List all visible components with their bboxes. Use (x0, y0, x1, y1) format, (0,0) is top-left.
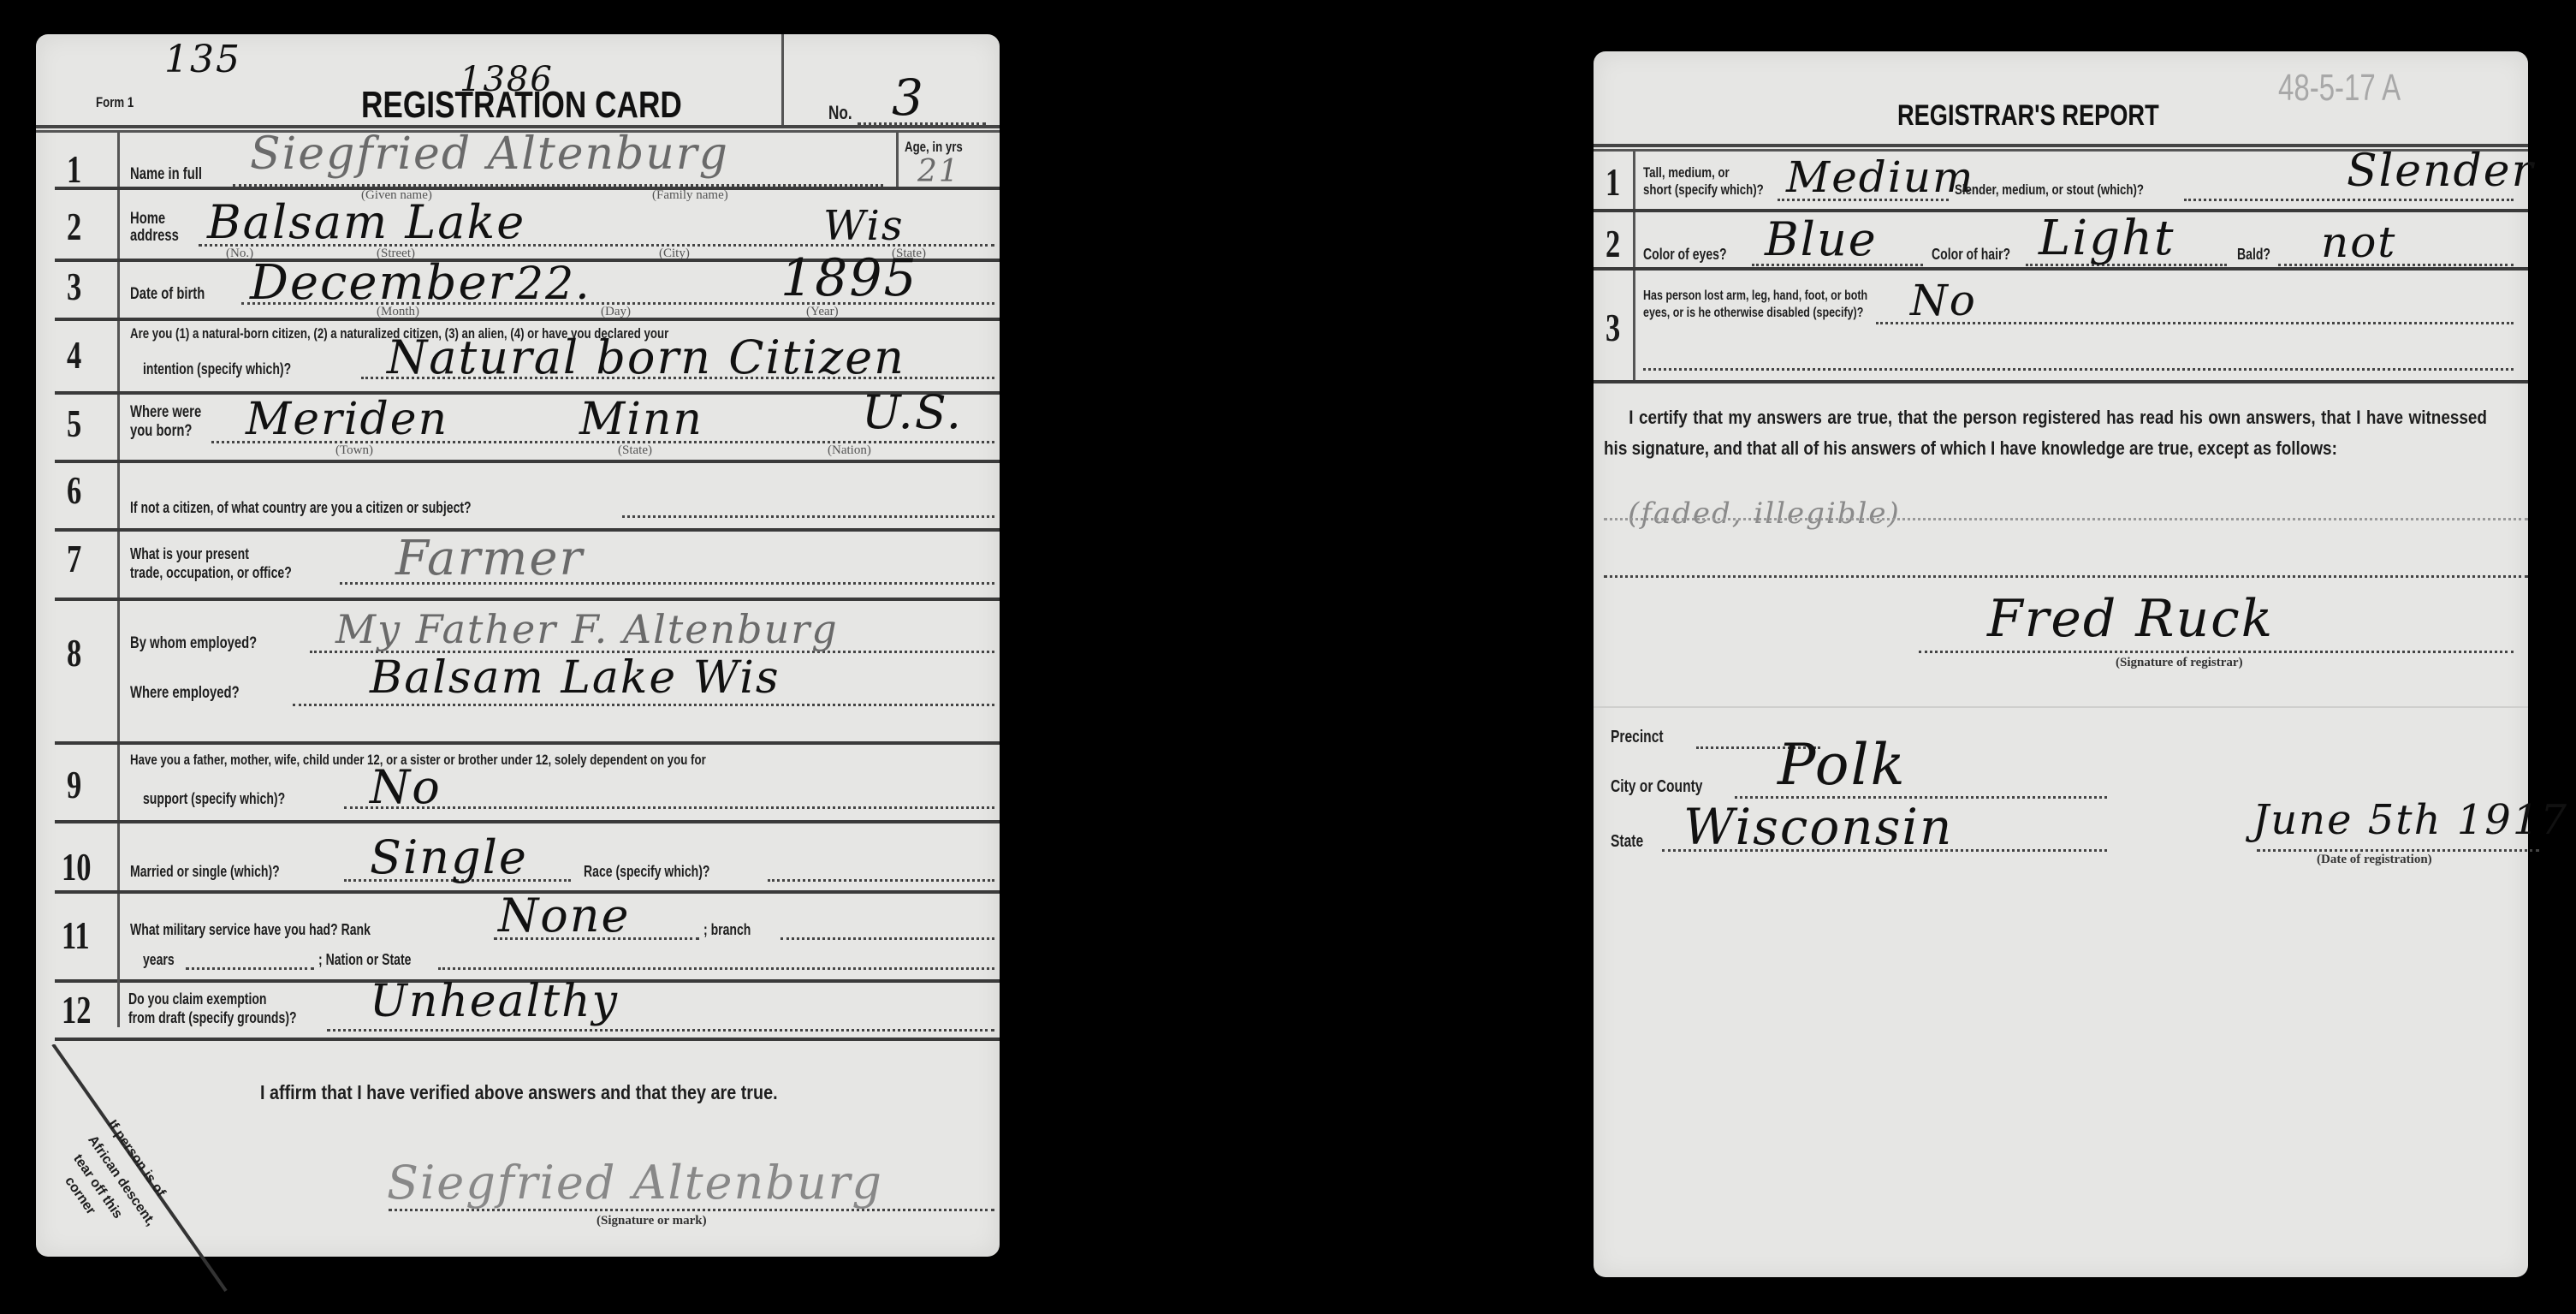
header-divider (781, 34, 784, 127)
row-number: 3 (67, 267, 81, 306)
row-divider (1594, 380, 2528, 383)
birthplace-label-1: Where were (130, 402, 201, 422)
birth-state: Minn (579, 394, 703, 445)
signature-dots (389, 1209, 994, 1211)
employer-value: My Father F. Altenburg (335, 606, 839, 652)
branch-label: ; branch (703, 920, 751, 940)
home-label-2: address (130, 226, 179, 246)
dob-label: Date of birth (130, 284, 205, 304)
row-number: 7 (67, 539, 81, 579)
form-label: Form 1 (96, 92, 134, 112)
disability-dots-2 (1643, 368, 2514, 371)
registrant-signature: Siegfried Altenburg (387, 1156, 883, 1210)
exceptions-dots-2 (1604, 575, 2528, 578)
row-number: 3 (1606, 308, 1620, 348)
registrar-caption: (Signature of registrar) (2116, 656, 2243, 670)
card-number: 3 (892, 68, 925, 127)
registration-date-value: June 5th 1917 (2253, 796, 2568, 844)
citizenship-label: intention (specify which)? (143, 360, 291, 379)
occupation-label-1: What is your present (130, 544, 249, 564)
height-label-2: short (specify which)? (1643, 180, 1764, 199)
dob-year: 1895 (781, 248, 918, 308)
registration-card: 135 Form 1 1386 REGISTRATION CARD No. 3 … (36, 34, 1000, 1257)
row-divider (55, 820, 1000, 823)
row-divider (55, 598, 1000, 601)
occupation-label-2: trade, occupation, or office? (130, 563, 292, 583)
row-number: 1 (67, 150, 81, 189)
registrar-signature: Fred Ruck (1987, 589, 2274, 649)
build-label: Slender, medium, or stout (which)? (1955, 180, 2144, 199)
birthplace-label-2: you born? (130, 421, 192, 441)
row-number: 2 (1606, 224, 1620, 264)
occupation-value: Farmer (395, 531, 584, 586)
branch-dots (781, 937, 994, 940)
marital-value: Single (370, 830, 528, 884)
row-number: 2 (67, 207, 81, 247)
foreign-citizen-label: If not a citizen, of what country are yo… (130, 498, 472, 518)
city-county-value: Polk (1778, 732, 1907, 798)
exceptions-value: (faded, illegible) (1628, 496, 1901, 531)
exemption-label-2: from draft (specify grounds)? (128, 1008, 297, 1028)
row-number: 11 (62, 916, 90, 955)
annotation-top-left: 135 (164, 38, 241, 81)
where-employed-dots (293, 704, 994, 706)
signature-caption: (Signature or mark) (597, 1214, 707, 1228)
row-divider (55, 741, 1000, 745)
military-rank-value: None (498, 889, 631, 942)
number-column-line-12 (117, 979, 120, 1027)
dependents-dots (344, 806, 994, 809)
caption-town: (Town) (335, 443, 373, 458)
affirm-text: I affirm that I have verified above answ… (260, 1083, 778, 1103)
nation-state-dots (438, 967, 994, 970)
eyes-label: Color of eyes? (1643, 245, 1727, 265)
row-number: 10 (62, 847, 92, 887)
row-number: 1 (1606, 163, 1620, 202)
eyes-value: Blue (1765, 212, 1878, 266)
row-number: 6 (67, 471, 81, 510)
birth-nation: U.S. (862, 385, 963, 439)
birth-town: Meriden (246, 394, 448, 445)
row-number: 8 (67, 633, 81, 673)
years-dots (186, 967, 314, 970)
dependents-value: No (370, 760, 442, 814)
foreign-citizen-dots (622, 515, 994, 518)
registrar-sig-dots (1919, 651, 2514, 653)
bald-label: Bald? (2237, 245, 2270, 265)
family-name-caption: (Family name) (652, 188, 728, 203)
state-value: Wisconsin (1683, 798, 1953, 856)
date-caption: (Date of registration) (2317, 853, 2432, 867)
name-value: Siegfried Altenburg (250, 128, 729, 180)
no-label: No. (828, 103, 852, 122)
years-label: years (143, 950, 175, 970)
hair-label: Color of hair? (1932, 245, 2010, 265)
exceptions-dots-1 (1604, 518, 2528, 520)
dependents-label: support (specify which)? (143, 789, 285, 809)
row-divider (55, 460, 1000, 463)
age-column-line (896, 130, 899, 187)
build-dots (2184, 199, 2514, 201)
card-title: REGISTRATION CARD (361, 84, 682, 127)
exemption-dots (327, 1029, 994, 1032)
disability-value: No (1910, 276, 1977, 325)
employer-label: By whom employed? (130, 633, 257, 653)
home-state-value: Wis (823, 202, 904, 250)
state-label: State (1611, 832, 1643, 852)
file-stamp: 48-5-17 A (2278, 67, 2401, 110)
hair-value: Light (2039, 211, 2175, 266)
build-value: Slender (2347, 146, 2534, 197)
row-divider (55, 1038, 1000, 1041)
row-number: 9 (67, 765, 81, 805)
fold-line (1594, 706, 2528, 708)
military-label: What military service have you had? Rank (130, 920, 371, 940)
race-dots (768, 879, 994, 882)
number-column-line (1633, 151, 1635, 380)
row-number: 4 (67, 336, 81, 375)
age-value: 21 (917, 154, 960, 189)
where-employed-value: Balsam Lake Wis (370, 652, 781, 704)
exemption-label-1: Do you claim exemption (128, 990, 266, 1009)
caption-state: (State) (618, 443, 652, 458)
race-label: Race (specify which)? (584, 862, 709, 882)
row-divider (1594, 267, 2528, 271)
date-dots (2257, 849, 2539, 852)
height-value: Medium (1786, 152, 1974, 202)
name-label: Name in full (130, 164, 202, 184)
row-divider (55, 187, 1000, 190)
exemption-value: Unhealthy (370, 976, 619, 1027)
home-city-value: Balsam Lake (207, 195, 525, 249)
certify-text: I certify that my answers are true, that… (1604, 402, 2487, 464)
row-number: 12 (62, 990, 92, 1030)
report-title: REGISTRAR'S REPORT (1897, 99, 2159, 133)
registrars-report-card: 48-5-17 A REGISTRAR'S REPORT 1 Tall, med… (1594, 51, 2528, 1277)
citizenship-value: Natural born Citizen (387, 330, 905, 384)
bald-value: not (2321, 217, 2396, 267)
number-column-line (117, 130, 120, 979)
caption-nation: (Nation) (828, 443, 871, 458)
where-employed-label: Where employed? (130, 683, 240, 703)
row-divider (55, 318, 1000, 321)
precinct-label: Precinct (1611, 728, 1664, 747)
marital-label: Married or single (which)? (130, 862, 280, 882)
nation-state-label: ; Nation or State (318, 950, 411, 970)
city-county-label: City or County (1611, 777, 1702, 797)
dob-month: December (250, 255, 513, 311)
dob-day: 22. (515, 259, 591, 310)
disability-label-2: eyes, or is he otherwise disabled (speci… (1643, 303, 1863, 323)
row-divider (55, 391, 1000, 395)
row-number: 5 (67, 404, 81, 443)
